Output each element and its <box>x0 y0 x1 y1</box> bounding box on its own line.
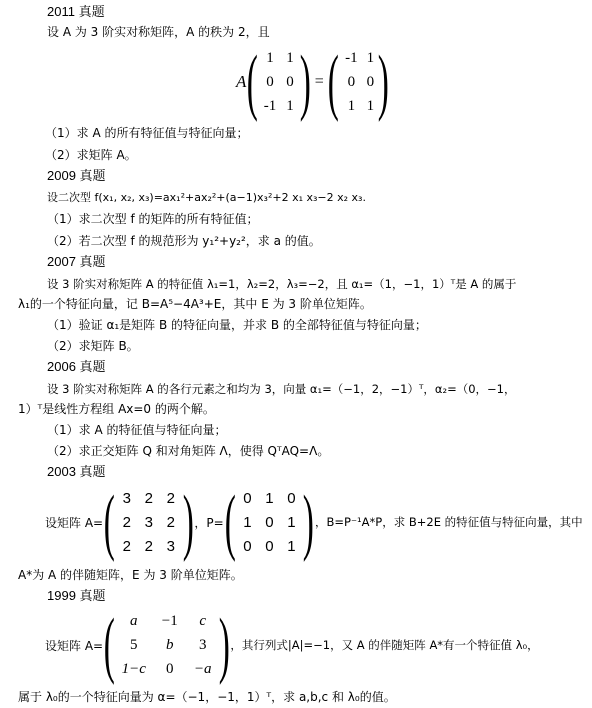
problem-intro: 设二次型 f(x₁, x₂, x₃)=ax₁²+ax₂²+(a−1)x₃²+2 … <box>47 191 366 205</box>
matrix-expression: 设矩阵 A= ( 322 232 223 ) ，P= ( 010 101 001… <box>45 484 583 560</box>
problem-item: （1）求 A 的所有特征值与特征向量； <box>45 126 248 140</box>
matrix-expression: 设矩阵 A= ( a−1c 5b3 1−c0−a ) ，其行列式|A|=−1，又… <box>45 607 539 683</box>
section-year-2003: 2003 真题 <box>47 465 106 479</box>
right-paren: ) <box>183 485 194 559</box>
problem-item: （1）求 A 的特征值与特征向量； <box>47 423 226 437</box>
left-paren: ( <box>104 608 115 682</box>
left-paren: ( <box>224 485 235 559</box>
problem-intro-cont: λ₁的一个特征向量，记 B=A⁵−4A³+E，其中 E 为 3 阶单位矩阵。 <box>18 297 372 311</box>
matrix-label: A <box>236 72 246 92</box>
right-paren: ) <box>219 608 230 682</box>
problem-item: （1）验证 α₁是矩阵 B 的特征向量，并求 B 的全部特征值与特征向量； <box>47 318 427 332</box>
section-year-2007: 2007 真题 <box>47 255 106 269</box>
expr-separator: ，P= <box>194 514 223 531</box>
left-paren: ( <box>247 45 258 119</box>
matrix-A: 322 232 223 <box>116 490 182 555</box>
problem-intro: 设 A 为 3 阶实对称矩阵，A 的秩为 2，且 <box>47 25 270 39</box>
matrix-P: 010 101 001 <box>236 490 302 555</box>
section-year-2009: 2009 真题 <box>47 169 106 183</box>
problem-item: （2）求正交矩阵 Q 和对角矩阵 Λ，使得 QᵀAQ=Λ。 <box>47 444 329 458</box>
right-paren: ) <box>303 485 314 559</box>
expr-suffix: ，B=P⁻¹A*P，求 B+2E 的特征值与特征向量，其中 <box>315 514 583 530</box>
problem-intro: 设 3 阶实对称矩阵 A 的特征值 λ₁=1，λ₂=2，λ₃=−2，且 α₁=（… <box>47 277 516 291</box>
left-paren: ( <box>104 485 115 559</box>
problem-item: （2）若二次型 f 的规范形为 y₁²+y₂²，求 a 的值。 <box>47 234 321 248</box>
section-year-2011: 2011 真题 <box>47 5 105 19</box>
problem-item: （1）求二次型 f 的矩阵的所有特征值； <box>47 212 259 226</box>
problem-item: （2）求矩阵 A。 <box>45 148 137 162</box>
problem-intro-cont: 1）ᵀ是线性方程组 Ax=0 的两个解。 <box>18 402 215 416</box>
expr-prefix: 设矩阵 A= <box>45 514 103 531</box>
expr-suffix: ，其行列式|A|=−1，又 A 的伴随矩阵 A*有一个特征值 λ₀， <box>230 637 538 653</box>
lhs-matrix: 11 00 -11 <box>259 50 299 115</box>
problem-intro-cont: 属于 λ₀的一个特征向量为 α=（−1，−1，1）ᵀ，求 a,b,c 和 λ₀的… <box>18 690 396 704</box>
right-paren: ) <box>300 45 311 119</box>
problem-intro-cont: A*为 A 的伴随矩阵，E 为 3 阶单位矩阵。 <box>18 568 243 582</box>
section-year-2006: 2006 真题 <box>47 360 106 374</box>
rhs-matrix: -11 00 11 <box>339 50 377 115</box>
problem-item: （2）求矩阵 B。 <box>47 339 139 353</box>
section-year-1999: 1999 真题 <box>47 589 106 603</box>
problem-intro: 设 3 阶实对称矩阵 A 的各行元素之和均为 3，向量 α₁=（−1，2，−1）… <box>47 382 516 396</box>
expr-prefix: 设矩阵 A= <box>45 637 103 654</box>
right-paren: ) <box>378 45 389 119</box>
matrix-equation: A ( 11 00 -11 ) = ( -11 00 11 ) <box>236 44 390 120</box>
left-paren: ( <box>328 45 339 119</box>
equals-sign: = <box>315 73 324 91</box>
matrix-A: a−1c 5b3 1−c0−a <box>116 613 218 678</box>
